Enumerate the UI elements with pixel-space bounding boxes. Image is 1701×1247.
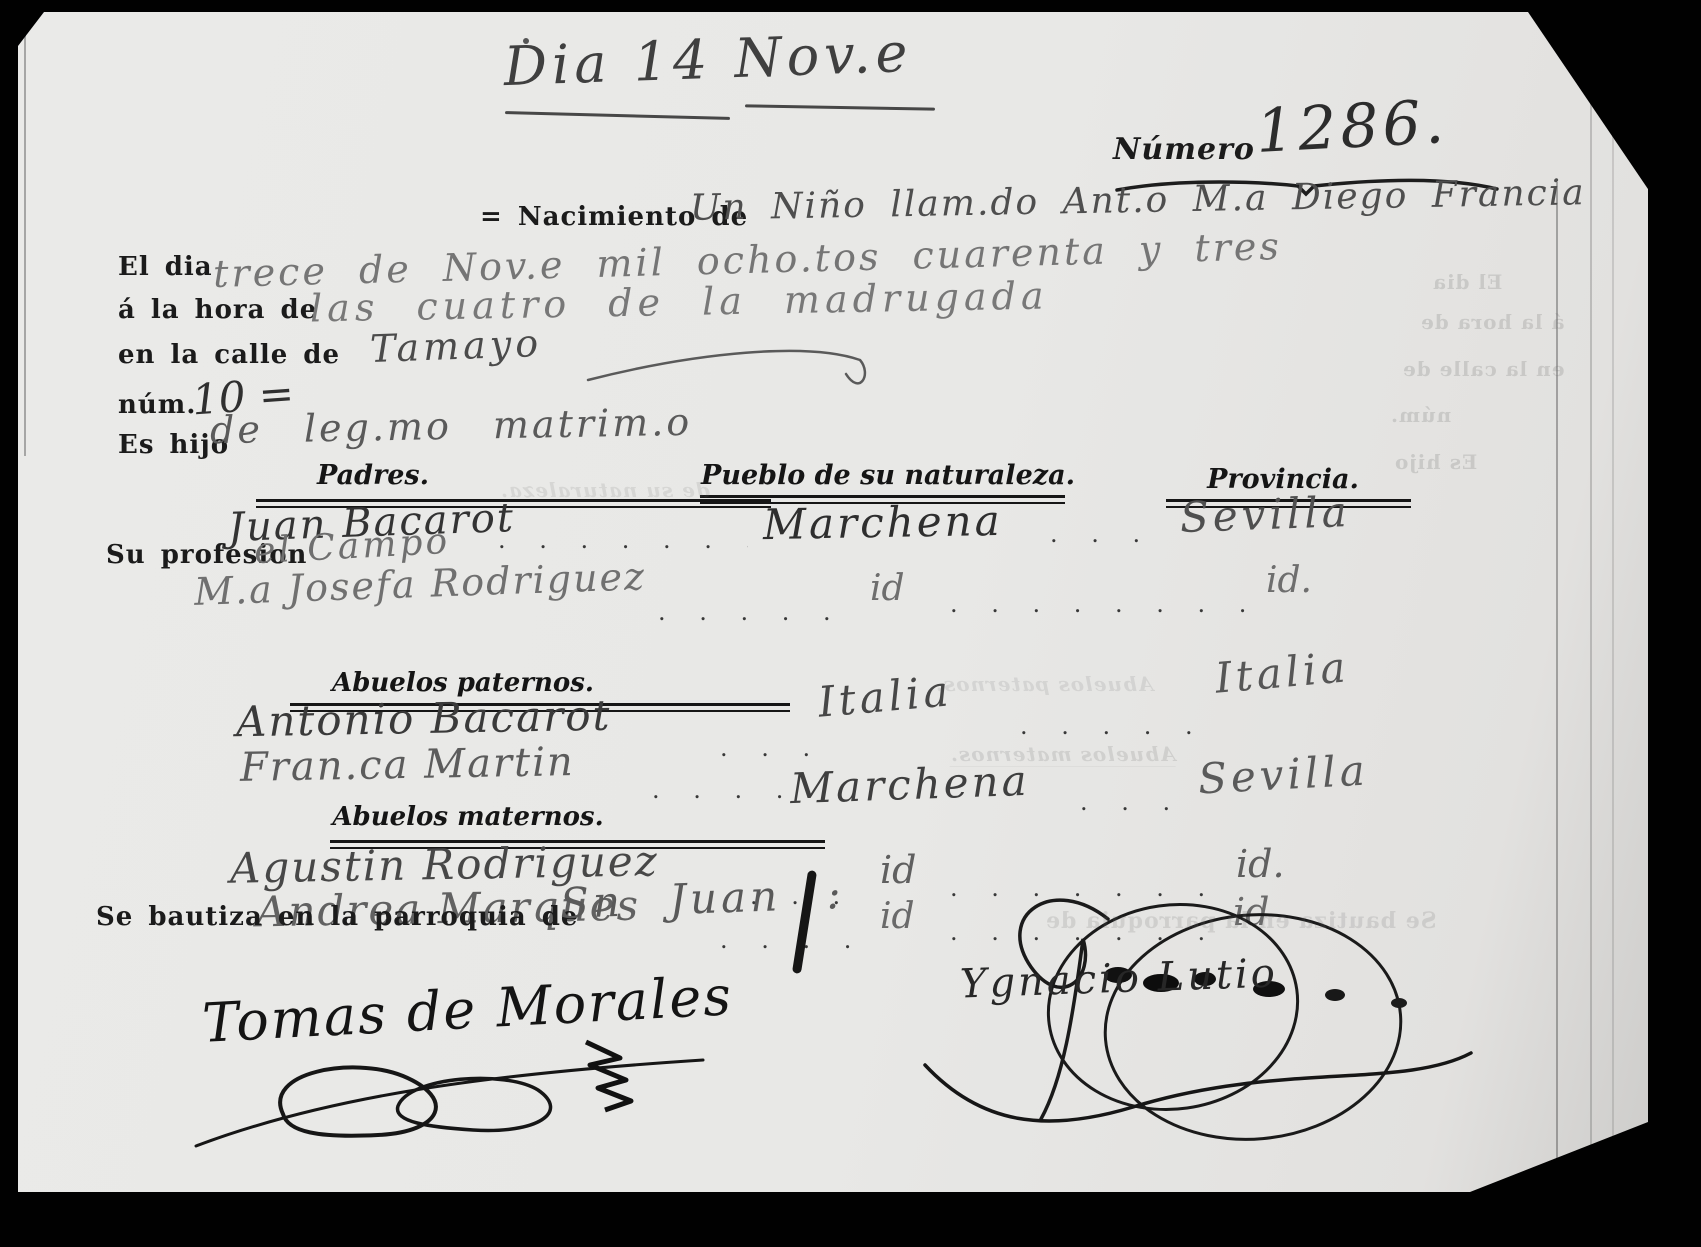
- scan-corner-bottom-right: [1470, 1122, 1648, 1192]
- mother-provincia: id.: [1266, 560, 1312, 601]
- ghost-calle: en la calle de: [1402, 357, 1564, 381]
- ghost-el-dia: El dia: [1432, 270, 1502, 294]
- paternal-grandfather-pueblo: Italia: [816, 666, 954, 727]
- field-label-calle: en la calle de: [118, 340, 340, 370]
- father-pueblo: Marchena: [763, 496, 1003, 549]
- field-label-num: núm.: [118, 390, 196, 420]
- dot-leader: . . . . . . . . . . . . . . . . . . . .: [1080, 788, 1185, 818]
- signature-left-rubric: [188, 1034, 733, 1159]
- left-page-edge-line: [24, 26, 26, 456]
- ghost-num: núm.: [1390, 403, 1451, 427]
- heading-date-script: Dia 14 Nov.e: [487, 20, 929, 98]
- paternal-grandfather-name: Antonio Bacarot: [236, 691, 612, 747]
- dot-leader: . . . . . . . . . . . . . . . . . . . .: [720, 734, 815, 764]
- record-page: Dia 14 Nov.e Número 1286. = Nacimiento d…: [18, 12, 1648, 1192]
- dot-leader: . . . . . . . . . . . . . . . . . . . .: [658, 598, 853, 628]
- section-header-maternos: Abuelos maternos.: [323, 802, 613, 832]
- father-provincia: Sevilla: [1179, 487, 1351, 542]
- ghost-naturaleza: de su naturaleza.: [500, 478, 710, 502]
- heading-underline-2: [745, 104, 935, 110]
- maternal-grandmother-pueblo: id: [880, 896, 915, 937]
- scanned-baptism-record: Dia 14 Nov.e Número 1286. = Nacimiento d…: [0, 0, 1701, 1247]
- col-header-pueblo: Pueblo de su naturaleza.: [698, 460, 1078, 491]
- ghost-hijo: Es hijo: [1394, 450, 1477, 474]
- numero-value: 1286.: [1254, 87, 1449, 167]
- signature-right-rubric: [923, 857, 1493, 1157]
- scan-corner-top-left: [18, 12, 44, 46]
- field-value-hijo: de leg.mo matrim.o: [210, 400, 693, 452]
- numero-label: Número: [1113, 132, 1255, 167]
- ghost-abuelos-paternos: Abuelos paternos.: [935, 672, 1153, 696]
- col-header-padres: Padres.: [268, 460, 478, 491]
- paternal-grandfather-provincia: Italia: [1213, 642, 1351, 703]
- dot-leader: . . . . . . . . . . . . . . . . . . . .: [498, 526, 748, 556]
- nacimiento-value: Un Niño llam.do Ant.o M.a Diego Francia: [690, 172, 1586, 229]
- baptism-label: Se bautiza en la parroquia de: [96, 902, 578, 932]
- calle-flourish: [578, 330, 878, 410]
- ghost-hora: á la hora de: [1420, 310, 1565, 334]
- field-label-el-dia: El dia: [118, 252, 213, 282]
- scan-corner-top-right: [1528, 12, 1650, 192]
- field-value-calle: Tamayo: [369, 321, 543, 371]
- mother-pueblo: id: [870, 568, 905, 609]
- maternal-grandfather-pueblo: id: [880, 848, 916, 892]
- page-stack-line-2: [1612, 132, 1614, 1182]
- page-stack-line-1: [1590, 72, 1592, 1182]
- dot-leader: . . . . . . . . . . . . . . . . . . . .: [652, 776, 802, 806]
- heading-underline-1: [505, 111, 730, 120]
- dot-leader: . . . . . . . . . . . . . . . . . . . .: [1020, 712, 1200, 742]
- paternal-grandmother-name: Fran.ca Martin: [240, 739, 575, 791]
- ghost-abuelos-maternos: Abuelos maternos.: [950, 742, 1176, 767]
- dot-leader: . . . . . . . . . . . . . . . . . . . .: [950, 590, 1250, 620]
- dot-leader: . . . . . . . . . . . . . . . . . . . .: [1050, 520, 1175, 550]
- field-label-hora: á la hora de: [118, 295, 317, 325]
- ink-speck: [523, 38, 529, 44]
- paternal-grandmother-provincia: Sevilla: [1197, 746, 1370, 804]
- ghost-bautiza: Se bautiza en la parroquia de: [1045, 908, 1437, 934]
